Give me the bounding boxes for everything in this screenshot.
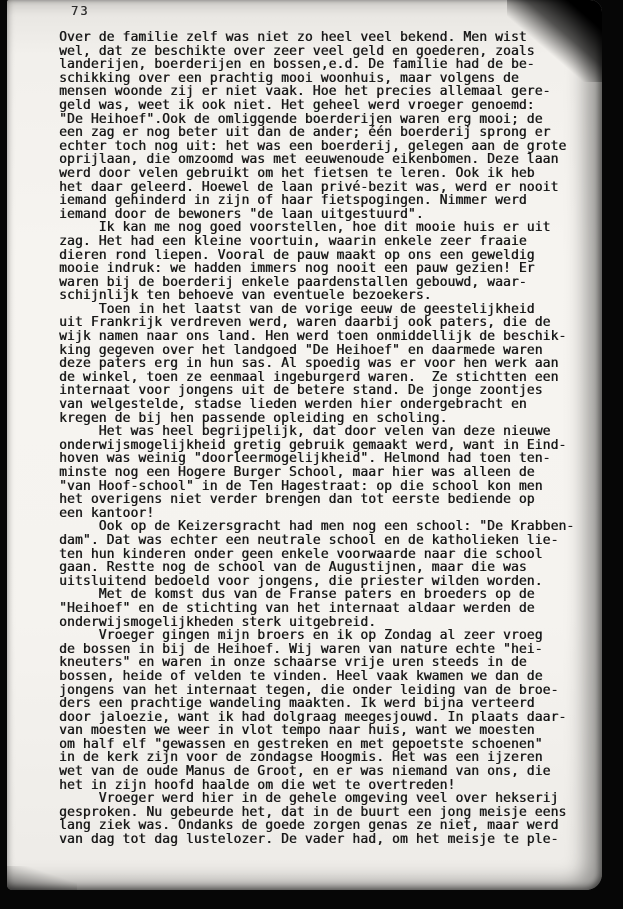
top-right-corner-shadow [507,0,602,82]
scan-frame: 73 Over de familie zelf was niet zo heel… [0,0,623,909]
bottom-left-corner-shadow [7,866,77,890]
document-page: 73 Over de familie zelf was niet zo heel… [7,0,602,890]
page-text: Over de familie zelf was niet zo heel ve… [59,31,589,847]
page-number: 73 [71,4,89,18]
